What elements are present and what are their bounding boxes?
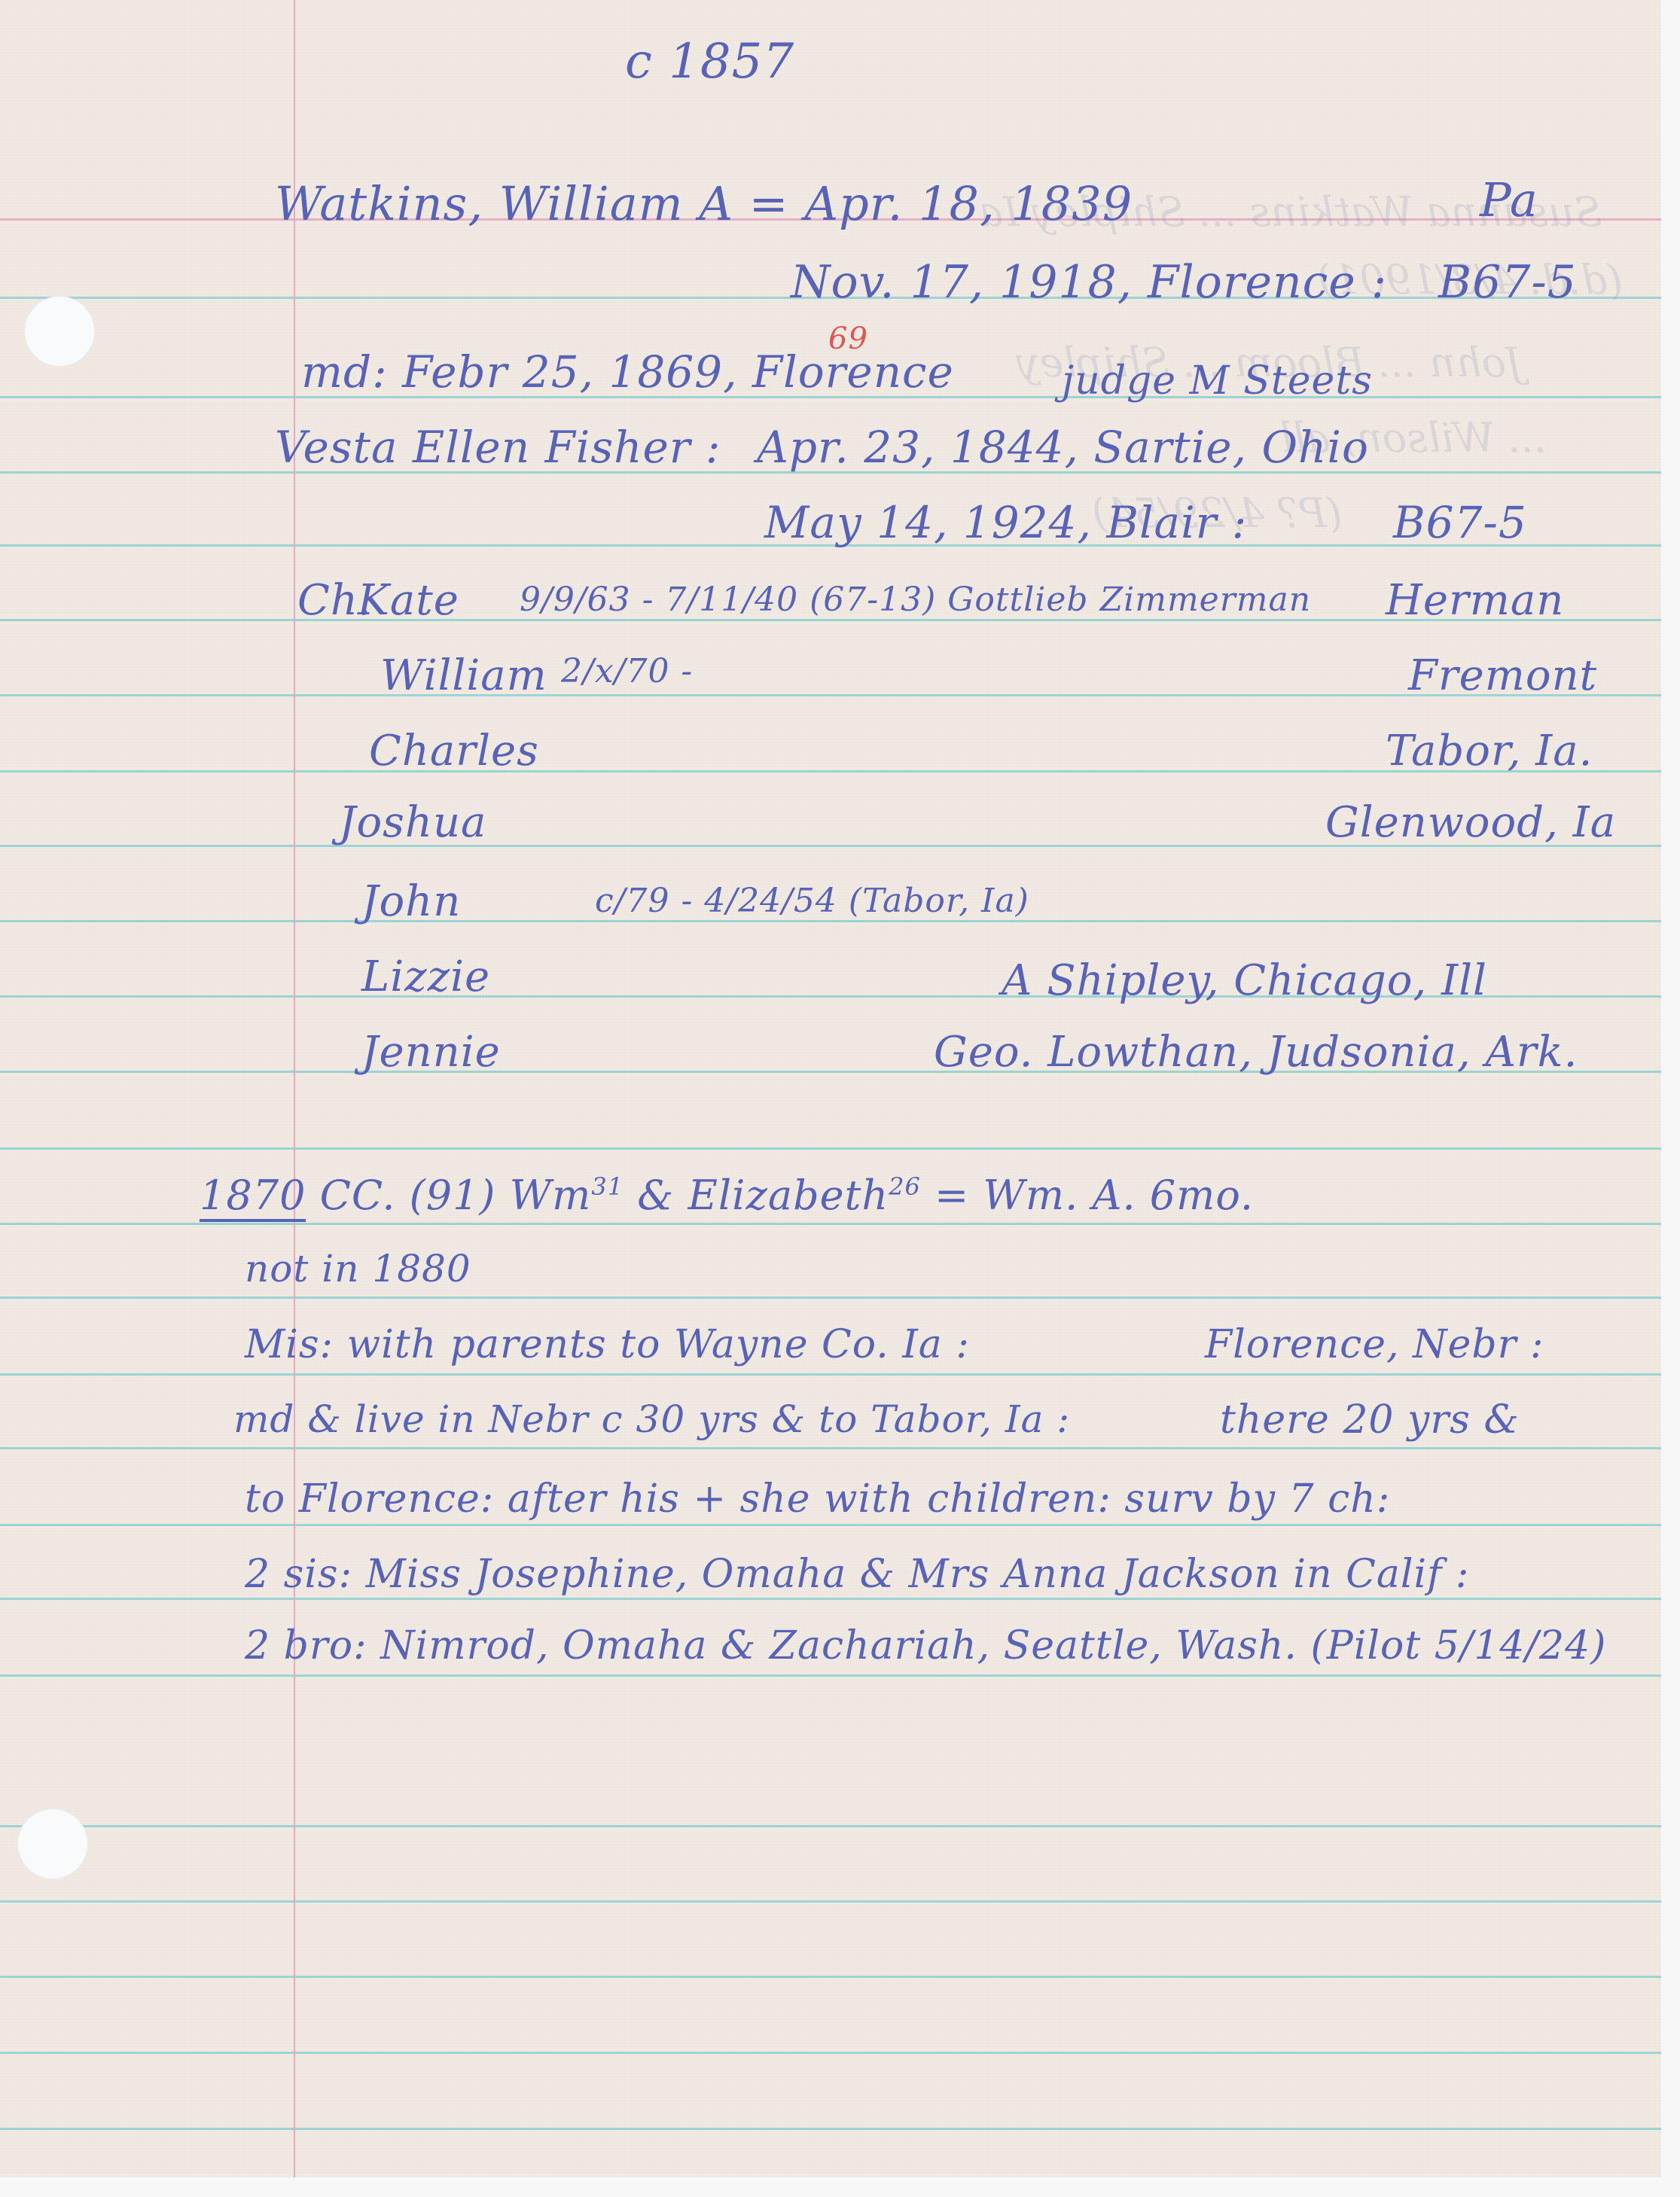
ruled-line bbox=[0, 1825, 1661, 1827]
ruled-line bbox=[0, 2128, 1661, 2130]
ruled-line bbox=[0, 1900, 1661, 1903]
note-line-right: there 20 yrs & bbox=[1220, 1400, 1520, 1440]
note-line: md & live in Nebr c 30 yrs & to Tabor, I… bbox=[233, 1400, 1070, 1438]
child-name: Lizzie bbox=[361, 956, 490, 998]
ruled-line bbox=[0, 1976, 1661, 1978]
ruled-line bbox=[0, 1674, 1661, 1677]
child-location: A Shipley, Chicago, Ill bbox=[1002, 960, 1487, 1002]
spouse-birth: Apr. 23, 1844, Sartie, Ohio bbox=[757, 425, 1369, 469]
subject-death-ref: B67-5 bbox=[1438, 260, 1577, 305]
spouse-death: May 14, 1924, Blair : bbox=[764, 501, 1247, 544]
subject-death: Nov. 17, 1918, Florence : bbox=[791, 260, 1387, 305]
child-name: Jennie bbox=[361, 1031, 501, 1074]
ruled-line bbox=[0, 1147, 1661, 1150]
ruled-line bbox=[0, 1447, 1661, 1449]
census-text: CC. (91) Wm bbox=[306, 1172, 591, 1219]
census-text: = Wm. A. 6mo. bbox=[921, 1172, 1254, 1219]
census-text: & Elizabeth bbox=[624, 1172, 889, 1219]
ruled-line bbox=[0, 1373, 1661, 1376]
child-detail: 9/9/63 - 7/11/40 (67-13) Gottlieb Zimmer… bbox=[520, 584, 1311, 617]
scanner-background-edge bbox=[0, 2177, 1680, 2197]
child-name: John bbox=[361, 881, 461, 923]
child-name: Charles bbox=[369, 730, 539, 772]
note-line: 2 bro: Nimrod, Omaha & Zachariah, Seattl… bbox=[245, 1626, 1606, 1665]
marriage-officiant: judge M Steets bbox=[1062, 361, 1373, 401]
ruled-line bbox=[0, 920, 1661, 922]
date-note: c 1857 bbox=[625, 38, 794, 86]
ruled-line bbox=[0, 1524, 1661, 1526]
child-location: Geo. Lowthan, Judsonia, Ark. bbox=[934, 1031, 1578, 1074]
punch-hole bbox=[17, 1808, 88, 1879]
child-name: Joshua bbox=[339, 802, 486, 844]
punch-hole bbox=[24, 296, 95, 367]
census-year: 1870 bbox=[200, 1172, 306, 1222]
census-elizabeth-age: 26 bbox=[889, 1172, 921, 1201]
marriage-line: md: Febr 25, 1869, Florence bbox=[301, 350, 954, 394]
ruled-line bbox=[0, 1598, 1661, 1600]
census-note: not in 1880 bbox=[245, 1250, 471, 1287]
ruled-line bbox=[0, 1223, 1661, 1225]
child-location: Glenwood, Ia bbox=[1325, 802, 1616, 844]
subject-death-text: Nov. 17, 1918, Florence bbox=[791, 256, 1356, 309]
census-line: 1870 CC. (91) Wm31 & Elizabeth26 = Wm. A… bbox=[200, 1175, 1254, 1216]
subject-birth: Apr. 18, 1839 bbox=[804, 176, 1133, 231]
child-location: Fremont bbox=[1408, 655, 1597, 697]
note-line: 2 sis: Miss Josephine, Omaha & Mrs Anna … bbox=[245, 1555, 1469, 1594]
child-location: Herman bbox=[1386, 580, 1564, 622]
scanner-background-edge bbox=[1661, 0, 1680, 2197]
spouse-death-ref: B67-5 bbox=[1393, 501, 1527, 544]
subject-birth-place: Pa bbox=[1480, 177, 1538, 224]
note-line: Mis: with parents to Wayne Co. Ia : bbox=[245, 1325, 970, 1364]
child-name: William bbox=[380, 655, 547, 697]
child-detail: c/79 - 4/24/54 (Tabor, Ia) bbox=[595, 885, 1029, 918]
spouse-death-text: May 14, 1924, Blair bbox=[764, 497, 1217, 548]
lined-paper-sheet: Susanna Watkins ... Shipley Ia (d.d. 4/3… bbox=[0, 0, 1661, 2177]
note-line-right: Florence, Nebr : bbox=[1205, 1325, 1544, 1364]
margin-line bbox=[294, 0, 295, 2177]
subject-name-text: Watkins, William A bbox=[275, 176, 733, 231]
spouse-name: Vesta Ellen Fisher : bbox=[275, 425, 721, 469]
spouse-name-text: Vesta Ellen Fisher bbox=[275, 422, 691, 473]
ruled-line bbox=[0, 2052, 1661, 2054]
child-detail: 2/x/70 - bbox=[561, 655, 693, 688]
ruled-line bbox=[0, 1297, 1661, 1299]
child-location: Tabor, Ia. bbox=[1386, 730, 1593, 772]
child-name: Kate bbox=[358, 580, 459, 622]
census-wm-age: 31 bbox=[591, 1172, 624, 1201]
subject-name: Watkins, William A = Apr. 18, 1839 bbox=[275, 181, 1133, 227]
note-line: to Florence: after his + she with childr… bbox=[245, 1479, 1390, 1519]
